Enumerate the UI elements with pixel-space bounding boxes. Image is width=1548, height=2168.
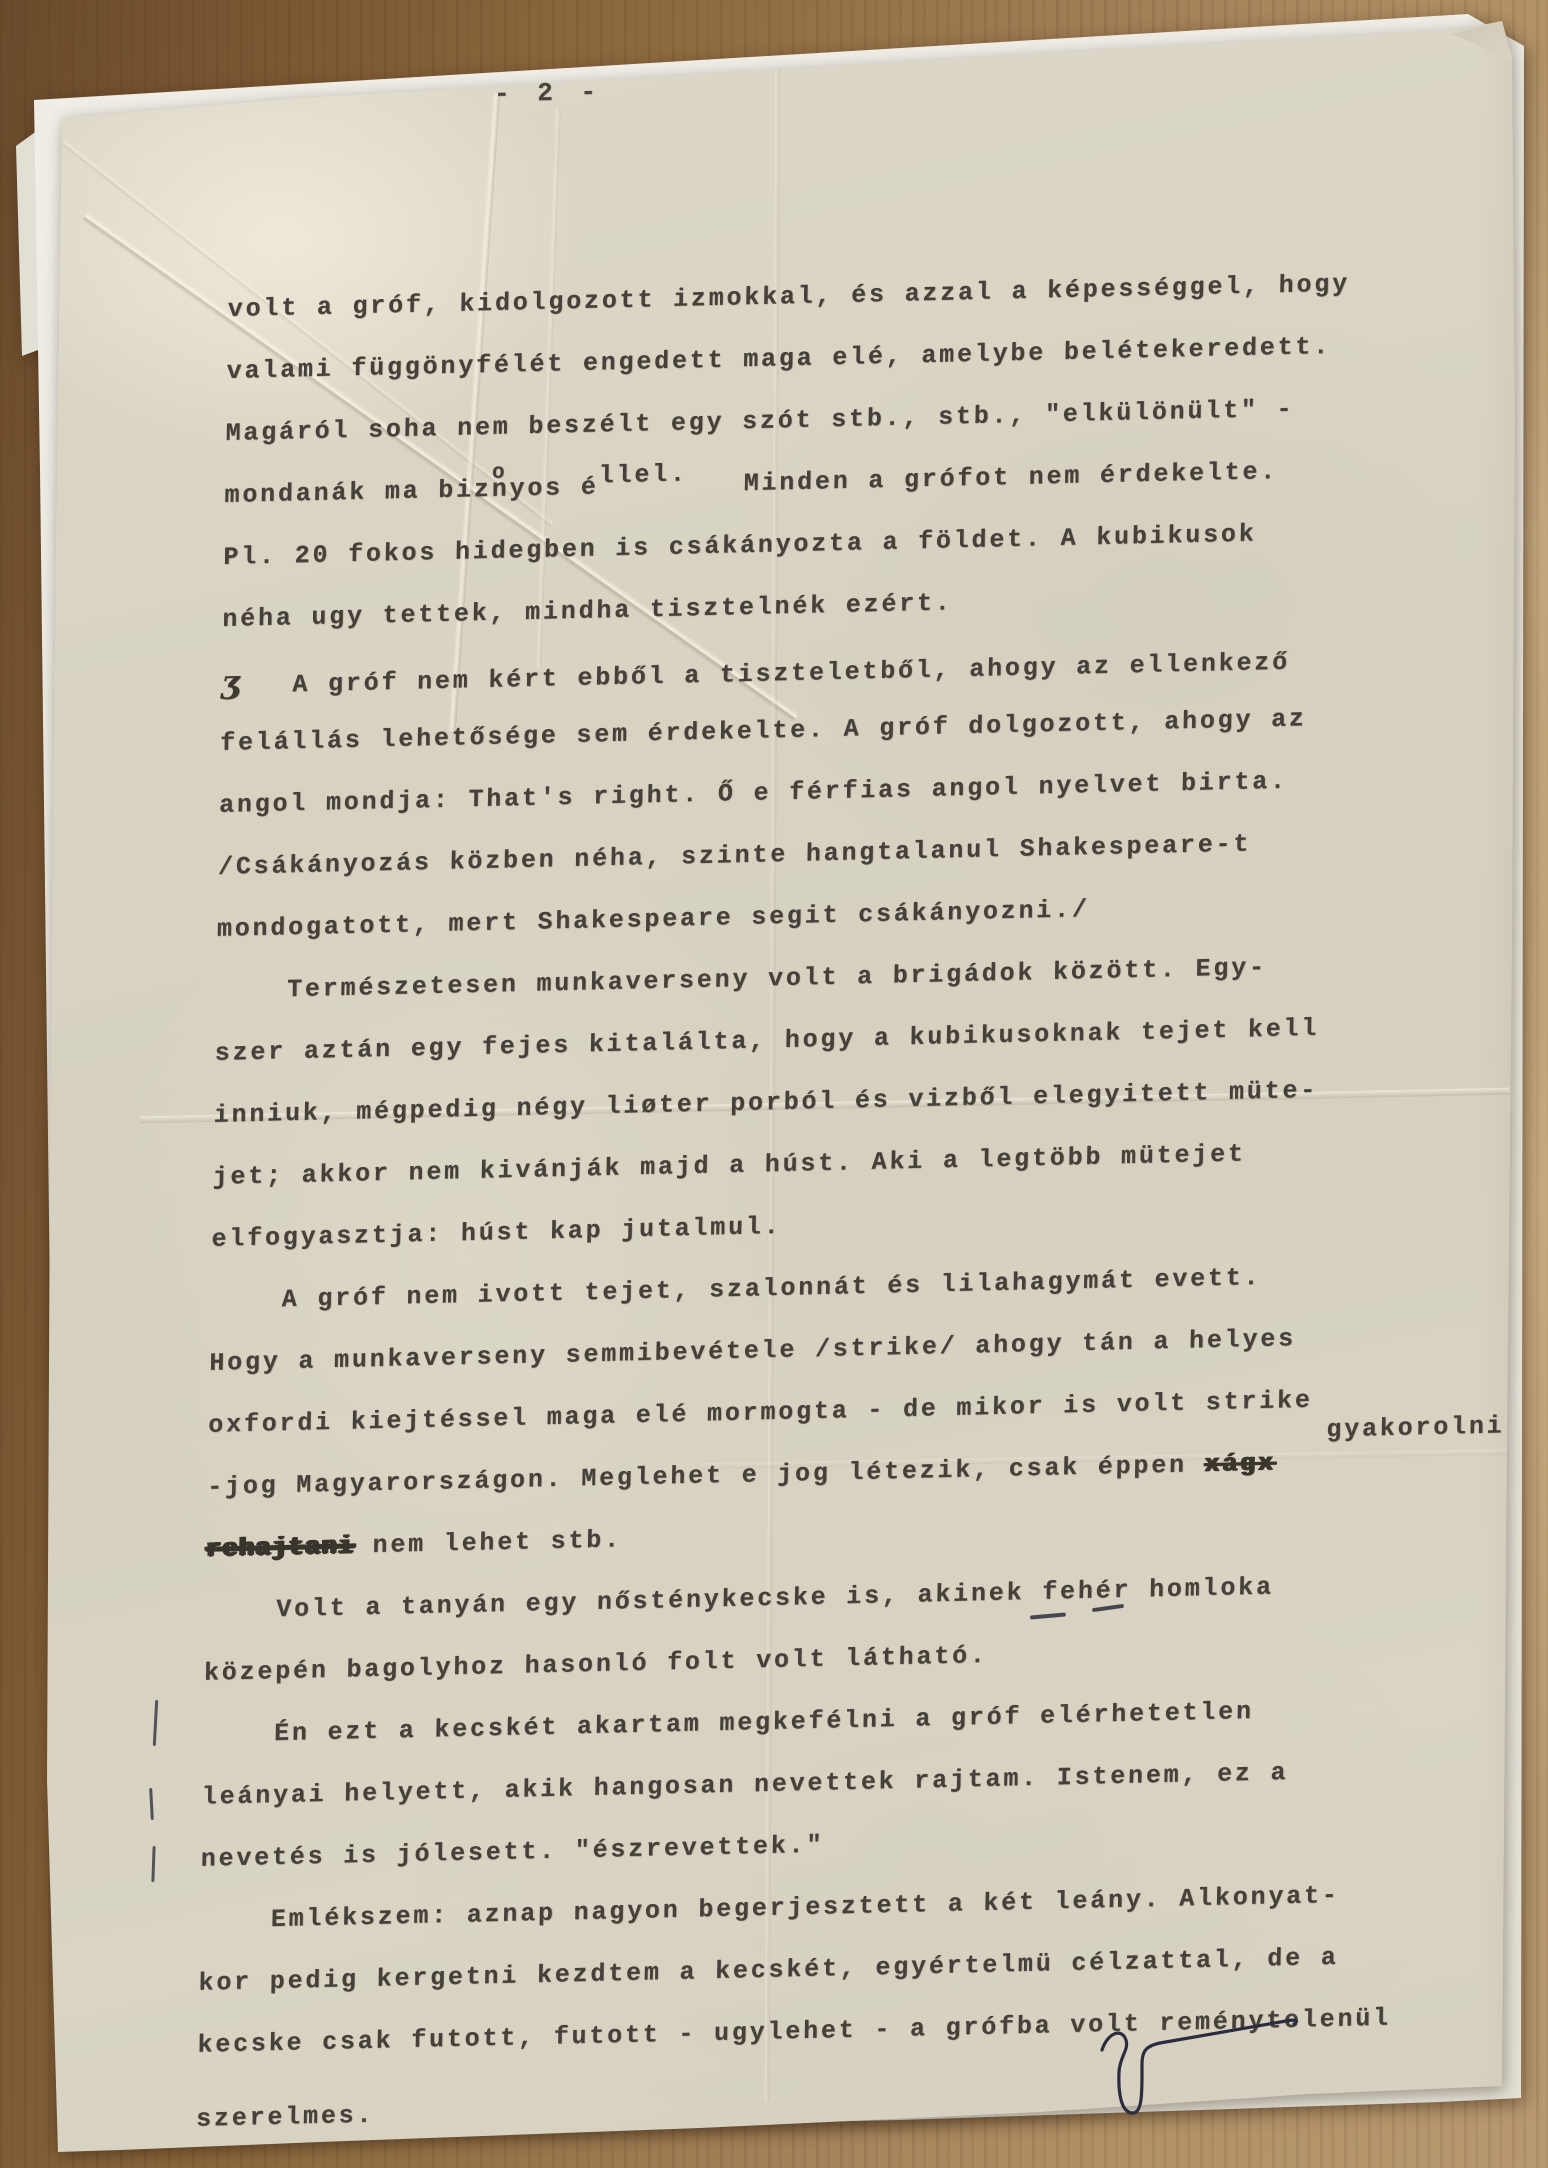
- typed-line-21: rehajtani nem lehet stb.: [206, 1525, 622, 1564]
- typed-line-24: Én ezt a kecskét akartam megkefélni a gr…: [203, 1697, 1254, 1751]
- page-number: - 2 -: [494, 77, 603, 109]
- typed-line-5: Pl. 20 fokos hidegben is csákányozta a f…: [223, 520, 1257, 573]
- typed-segment: llel.: [599, 459, 689, 490]
- typed-segment: nevetés is jólesett. "észrevettek.": [200, 1831, 824, 1874]
- typed-segment: Hogy a munkaverseny semmibevétele /strik…: [209, 1324, 1296, 1378]
- typed-line-19: oxfordi kiejtéssel maga elé mormogta - d…: [208, 1386, 1313, 1441]
- typed-line-15: jet; akkor nem kivánják majd a húst. Aki…: [212, 1139, 1246, 1192]
- typed-line-27: Emlékszem: aznap nagyon begerjesztett a …: [199, 1881, 1340, 1937]
- handwritten-insertion-word: gyakorolni: [1326, 1411, 1505, 1445]
- typed-segment: angol mondja: That's right. Ő e férfias …: [219, 767, 1288, 820]
- typed-segment: [687, 469, 744, 500]
- typed-line-10: /Csákányozás közben néha, szinte hangtal…: [218, 829, 1252, 882]
- typed-segment: felállás lehetősége sem érdekelte. A gró…: [220, 704, 1307, 758]
- typed-line-16: elfogyasztja: húst kap jutalmul.: [211, 1212, 782, 1255]
- typed-segment: nem lehet stb.: [354, 1525, 622, 1560]
- struck-out-word: rehajtani: [206, 1531, 355, 1563]
- typed-line-11: mondogatott, mert Shakespeare segit csák…: [217, 895, 1090, 945]
- typed-line-4: mondanák ma bizonyos éllel. Minden a gró…: [224, 457, 1278, 513]
- typed-segment: néha ugy tettek, mindha tisztelnék ezért…: [222, 588, 953, 634]
- typed-line-17: A gróf nem ivott tejet, szalonnát és lil…: [210, 1263, 1261, 1317]
- typed-segment: /Csákányozás közben néha, szinte hangtal…: [218, 829, 1252, 881]
- typed-segment: közepén bagolyhoz hasonló folt volt láth…: [204, 1641, 988, 1688]
- typed-segment: A gróf nem ivott tejet, szalonnát és lil…: [210, 1263, 1261, 1316]
- page-corner-fold: [1450, 18, 1516, 66]
- typed-segment: Én ezt a kecskét akartam megkefélni a gr…: [203, 1697, 1254, 1750]
- typed-segment: inniuk, mégpedig négy liøter porból és v…: [213, 1076, 1318, 1130]
- typed-line-18: Hogy a munkaverseny semmibevétele /strik…: [209, 1324, 1296, 1379]
- typed-line-3: Magáról soha nem beszélt egy szót stb., …: [225, 395, 1294, 449]
- typed-segment: jet; akkor nem kivánják majd a húst. Aki…: [212, 1139, 1246, 1191]
- typed-line-23: közepén bagolyhoz hasonló folt volt láth…: [204, 1641, 988, 1689]
- typed-line-12: Természetesen munkaverseny volt a brigád…: [216, 953, 1267, 1007]
- typed-line-14: inniuk, mégpedig négy liøter porból és v…: [213, 1076, 1318, 1131]
- typed-line-2: valami függönyfélét engedett maga elé, a…: [226, 332, 1331, 387]
- typed-line-6: néha ugy tettek, mindha tisztelnék ezért…: [222, 588, 953, 635]
- struck-out-word: xágx: [1204, 1449, 1276, 1480]
- typed-segment: leányai helyett, akik hangosan nevettek …: [202, 1758, 1289, 1812]
- typed-segment: oxfordi kiejtéssel maga elé mormogta - d…: [208, 1386, 1313, 1440]
- typed-segment: szerelmes.: [196, 2101, 375, 2134]
- typed-segment: -jog Magyarországon. Meglehet e jog léte…: [207, 1450, 1205, 1502]
- handwritten-check-squiggle: [1088, 2006, 1318, 2131]
- typed-line-13: szer aztán egy fejes kitalálta, hogy a k…: [214, 1014, 1319, 1069]
- typed-segment: elfogyasztja: húst kap jutalmul.: [211, 1212, 782, 1254]
- typed-line-28: kor pedig kergetni kezdtem a kecskét, eg…: [198, 1943, 1339, 1999]
- typed-segment: Minden a grófot nem érdekelte.: [743, 457, 1278, 498]
- typed-segment: A gróf nem kért ebből a tiszteletből, ah…: [221, 648, 1290, 701]
- typed-line-30: szerelmes.: [196, 2101, 375, 2135]
- typed-line-26: nevetés is jólesett. "észrevettek.": [200, 1831, 824, 1875]
- typed-segment: mondanák ma biz: [224, 475, 492, 510]
- typed-text: gyakorolni volt a gróf, kidolgozott izmo…: [195, 266, 1509, 2168]
- typed-line-22: Volt a tanyán egy nősténykecske is, akin…: [205, 1573, 1274, 1627]
- typed-segment: Volt a tanyán egy nősténykecske is, akin…: [205, 1573, 1274, 1626]
- typed-segment: Emlékszem: aznap nagyon begerjesztett a …: [199, 1881, 1339, 1936]
- typed-segment: kor pedig kergetni kezdtem a kecskét, eg…: [198, 1943, 1338, 1998]
- typed-segment: Természetesen munkaverseny volt a brigád…: [216, 953, 1267, 1006]
- typed-segment: szer aztán egy fejes kitalálta, hogy a k…: [215, 1014, 1320, 1068]
- desk-background: - 2 - gyakorolni volt a gróf, kidolgozot…: [0, 0, 1548, 2168]
- typed-line-20: -jog Magyarországon. Meglehet e jog léte…: [207, 1449, 1276, 1503]
- typed-segment: valami függönyfélét engedett maga elé, a…: [226, 332, 1331, 386]
- typed-line-25: leányai helyett, akik hangosan nevettek …: [202, 1758, 1289, 1813]
- typed-segment: o: [492, 459, 493, 489]
- typed-segment: Pl. 20 fokos hidegben is csákányozta a f…: [223, 520, 1257, 572]
- typed-segment: mondogatott, mert Shakespeare segit csák…: [217, 895, 1090, 944]
- typed-segment: nyos é: [491, 472, 598, 503]
- typed-line-9: angol mondja: That's right. Ő e férfias …: [219, 767, 1288, 821]
- typed-line-8: felállás lehetősége sem érdekelte. A gró…: [220, 704, 1307, 759]
- typed-segment: Magáról soha nem beszélt egy szót stb., …: [225, 395, 1294, 448]
- typed-line-7: ʒ A gróf nem kért ebből a tiszteletből, …: [221, 643, 1290, 702]
